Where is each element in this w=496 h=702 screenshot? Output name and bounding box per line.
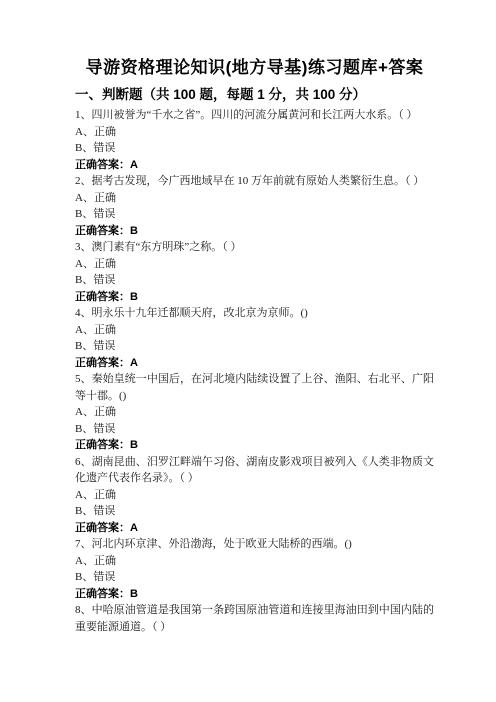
question-options: A、正确B、错误 — [75, 487, 434, 520]
option: B、错误 — [75, 206, 434, 223]
question-text: 6、湖南昆曲、汨罗江畔端午习俗、湖南皮影戏项目被列入《人类非物质文化遗产代表作名… — [75, 454, 434, 487]
question-options: A、正确B、错误 — [75, 124, 434, 157]
question-options: A、正确B、错误 — [75, 404, 434, 437]
option: A、正确 — [75, 190, 434, 207]
question-list: 1、四川被誉为“千水之省”。四川的河流分属黄河和长江两大水系。（ ） A、正确B… — [75, 107, 434, 635]
question-text: 7、河北内环京津、外沿渤海，处于欧亚大陆桥的西端。() — [75, 536, 434, 553]
option: B、错误 — [75, 421, 434, 438]
answer-line: 正确答案：A — [75, 520, 434, 537]
option: A、正确 — [75, 487, 434, 504]
answer-line: 正确答案：B — [75, 289, 434, 306]
question-options: A、正确B、错误 — [75, 553, 434, 586]
option: B、错误 — [75, 503, 434, 520]
question-block: 1、四川被誉为“千水之省”。四川的河流分属黄河和长江两大水系。（ ） A、正确B… — [75, 107, 434, 173]
option: B、错误 — [75, 338, 434, 355]
question-text: 5、秦始皇统一中国后，在河北境内陆续设置了上谷、渔阳、右北平、广阳等十郡。() — [75, 371, 434, 404]
question-block: 6、湖南昆曲、汨罗江畔端午习俗、湖南皮影戏项目被列入《人类非物质文化遗产代表作名… — [75, 454, 434, 537]
question-block: 3、澳门素有“东方明珠”之称。（ ） A、正确B、错误 正确答案：B — [75, 239, 434, 305]
question-text: 3、澳门素有“东方明珠”之称。（ ） — [75, 239, 434, 256]
answer-line: 正确答案：B — [75, 223, 434, 240]
question-block: 2、据考古发现，今广西地域早在 10 万年前就有原始人类繁衍生息。（ ） A、正… — [75, 173, 434, 239]
answer-line: 正确答案：A — [75, 355, 434, 372]
answer-line: 正确答案：A — [75, 157, 434, 174]
question-text: 1、四川被誉为“千水之省”。四川的河流分属黄河和长江两大水系。（ ） — [75, 107, 434, 124]
answer-line: 正确答案：B — [75, 586, 434, 603]
question-options: A、正确B、错误 — [75, 322, 434, 355]
question-options: A、正确B、错误 — [75, 190, 434, 223]
option: A、正确 — [75, 404, 434, 421]
option: B、错误 — [75, 272, 434, 289]
question-block: 4、明永乐十九年迁都顺天府，改北京为京师。() A、正确B、错误 正确答案：A — [75, 305, 434, 371]
question-options: A、正确B、错误 — [75, 256, 434, 289]
section-heading: 一、判断题（共 100 题，每题 1 分，共 100 分） — [75, 85, 434, 104]
question-text: 8、中哈原油管道是我国第一条跨国原油管道和连接里海油田到中国内陆的重要能源通道。… — [75, 602, 434, 635]
option: A、正确 — [75, 322, 434, 339]
question-block: 7、河北内环京津、外沿渤海，处于欧亚大陆桥的西端。() A、正确B、错误 正确答… — [75, 536, 434, 602]
option: A、正确 — [75, 124, 434, 141]
document-title: 导游资格理论知识(地方导基)练习题库+答案 — [75, 56, 434, 80]
question-text: 4、明永乐十九年迁都顺天府，改北京为京师。() — [75, 305, 434, 322]
question-block: 8、中哈原油管道是我国第一条跨国原油管道和连接里海油田到中国内陆的重要能源通道。… — [75, 602, 434, 635]
option: A、正确 — [75, 553, 434, 570]
answer-line: 正确答案：B — [75, 437, 434, 454]
document-page: 导游资格理论知识(地方导基)练习题库+答案 一、判断题（共 100 题，每题 1… — [0, 0, 496, 702]
question-text: 2、据考古发现，今广西地域早在 10 万年前就有原始人类繁衍生息。（ ） — [75, 173, 434, 190]
question-block: 5、秦始皇统一中国后，在河北境内陆续设置了上谷、渔阳、右北平、广阳等十郡。() … — [75, 371, 434, 454]
option: B、错误 — [75, 140, 434, 157]
option: A、正确 — [75, 256, 434, 273]
option: B、错误 — [75, 569, 434, 586]
